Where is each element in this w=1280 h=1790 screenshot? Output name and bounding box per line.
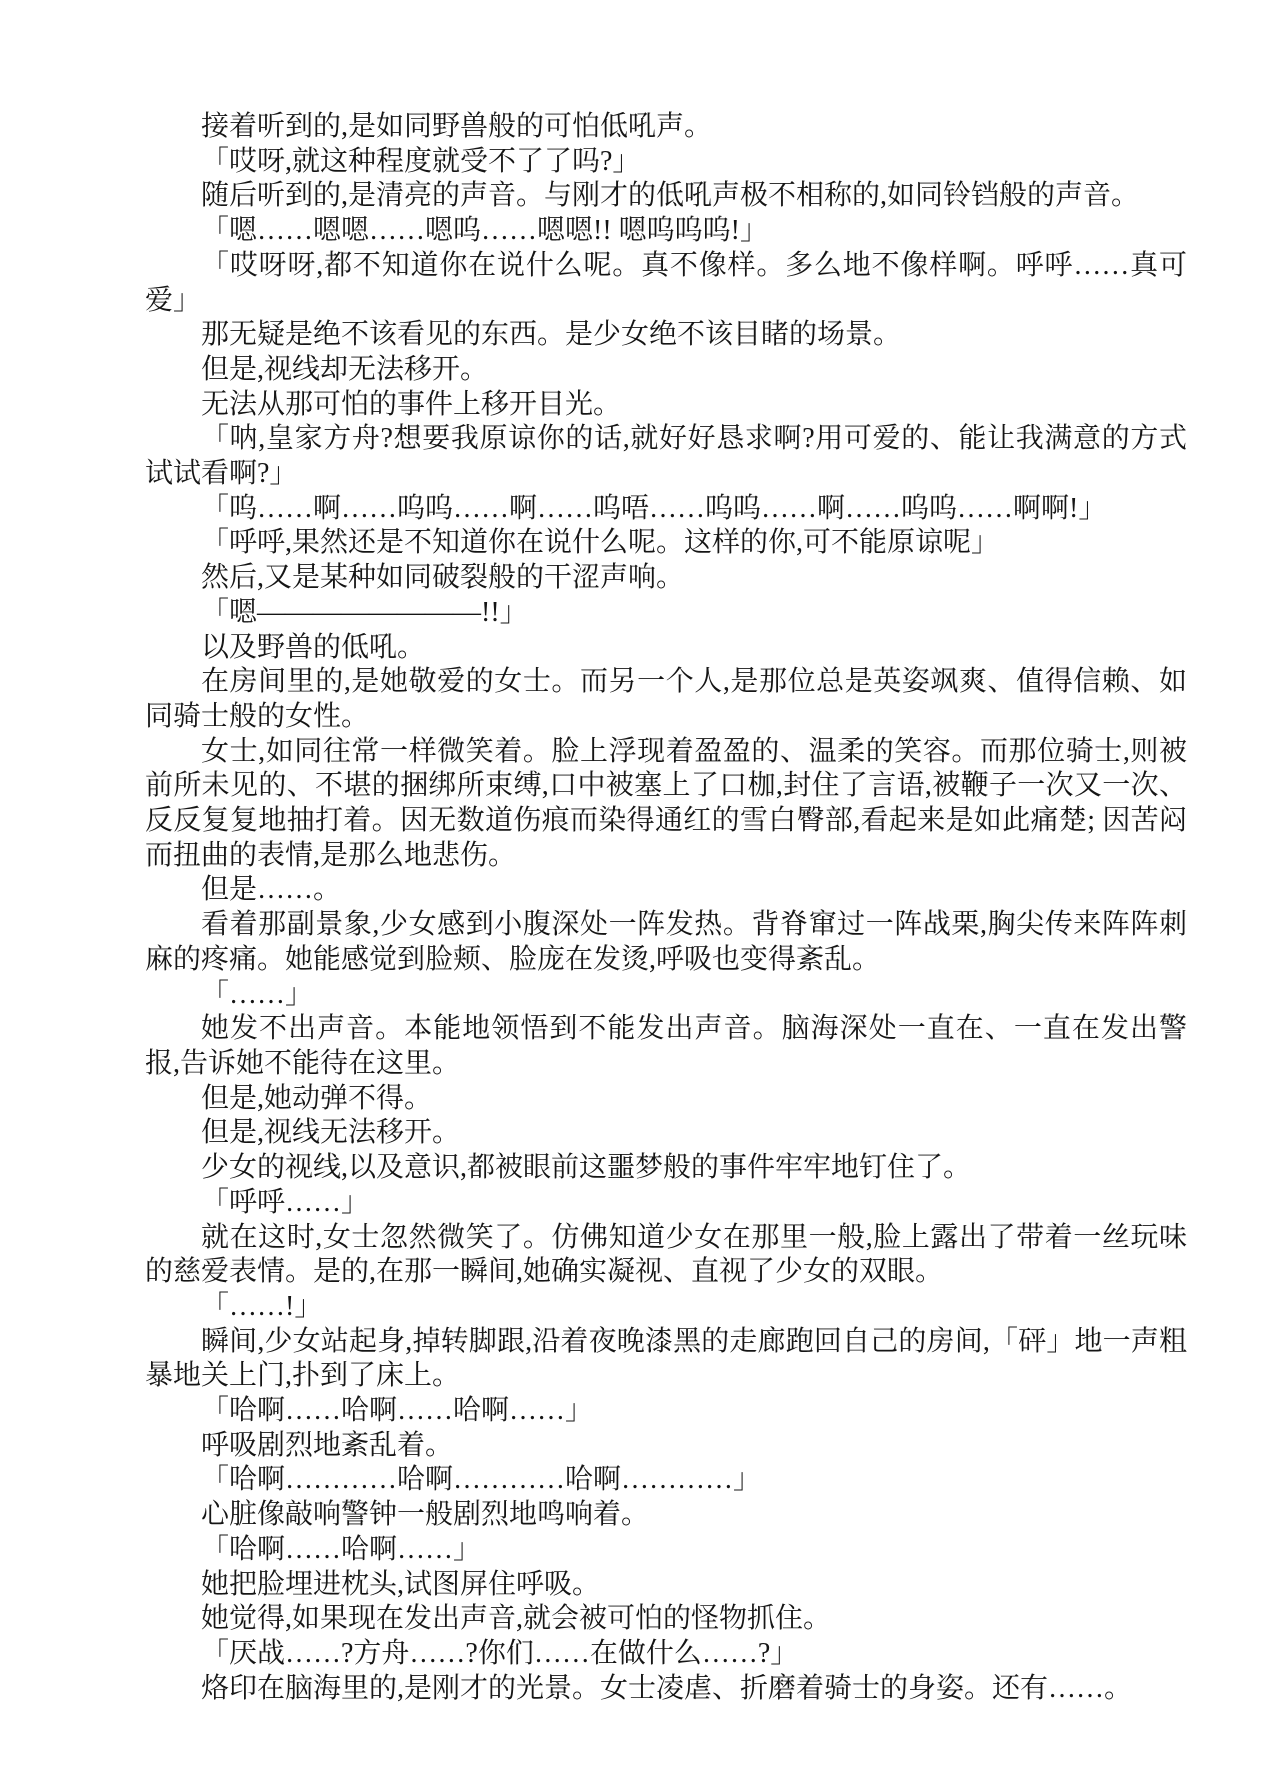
paragraph-dialogue: 「呼呼……」 [145, 1186, 1187, 1221]
paragraph-narrative: 呼吸剧烈地紊乱着。 [145, 1429, 1187, 1464]
paragraph-narrative: 但是……。 [145, 873, 1187, 908]
paragraph-narrative: 看着那副景象,少女感到小腹深处一阵发热。背脊窜过一阵战栗,胸尖传来阵阵刺麻的疼痛… [145, 908, 1187, 977]
paragraph-dialogue: 「……」 [145, 978, 1187, 1013]
novel-text-block: 接着听到的,是如同野兽般的可怕低吼声。 「哎呀,就这种程度就受不了了吗?」 随后… [145, 110, 1187, 1706]
paragraph-dialogue: 「哈啊…………哈啊…………哈啊…………」 [145, 1463, 1187, 1498]
paragraph-narrative: 少女的视线,以及意识,都被眼前这噩梦般的事件牢牢地钉住了。 [145, 1151, 1187, 1186]
paragraph-narrative: 烙印在脑海里的,是刚才的光景。女士凌虐、折磨着骑士的身姿。还有……。 [145, 1672, 1187, 1707]
paragraph-dialogue: 「嗯————————!!」 [145, 596, 1187, 631]
paragraph-dialogue: 「哎呀呀,都不知道你在说什么呢。真不像样。多么地不像样啊。呼呼……真可爱」 [145, 249, 1187, 318]
paragraph-dialogue: 「嗯……嗯嗯……嗯呜……嗯嗯!! 嗯呜呜呜!」 [145, 214, 1187, 249]
paragraph-dialogue: 「哈啊……哈啊……」 [145, 1533, 1187, 1568]
paragraph-dialogue: 「呐,皇家方舟?想要我原谅你的话,就好好恳求啊?用可爱的、能让我满意的方式试试看… [145, 422, 1187, 491]
paragraph-narrative: 她把脸埋进枕头,试图屏住呼吸。 [145, 1568, 1187, 1603]
paragraph-narrative: 但是,视线无法移开。 [145, 1116, 1187, 1151]
paragraph-narrative: 就在这时,女士忽然微笑了。仿佛知道少女在那里一般,脸上露出了带着一丝玩味的慈爱表… [145, 1221, 1187, 1290]
paragraph-narrative: 接着听到的,是如同野兽般的可怕低吼声。 [145, 110, 1187, 145]
paragraph-narrative: 无法从那可怕的事件上移开目光。 [145, 388, 1187, 423]
paragraph-narrative: 瞬间,少女站起身,掉转脚跟,沿着夜晚漆黑的走廊跑回自己的房间,「砰」地一声粗暴地… [145, 1325, 1187, 1394]
paragraph-narrative: 但是,她动弹不得。 [145, 1082, 1187, 1117]
paragraph-dialogue: 「哈啊……哈啊……哈啊……」 [145, 1394, 1187, 1429]
paragraph-narrative: 然后,又是某种如同破裂般的干涩声响。 [145, 561, 1187, 596]
document-page: 接着听到的,是如同野兽般的可怕低吼声。 「哎呀,就这种程度就受不了了吗?」 随后… [0, 0, 1280, 1790]
paragraph-dialogue: 「呼呼,果然还是不知道你在说什么呢。这样的你,可不能原谅呢」 [145, 526, 1187, 561]
paragraph-narrative: 她发不出声音。本能地领悟到不能发出声音。脑海深处一直在、一直在发出警报,告诉她不… [145, 1012, 1187, 1081]
paragraph-narrative: 在房间里的,是她敬爱的女士。而另一个人,是那位总是英姿飒爽、值得信赖、如同骑士般… [145, 665, 1187, 734]
paragraph-dialogue: 「哎呀,就这种程度就受不了了吗?」 [145, 145, 1187, 180]
paragraph-narrative: 女士,如同往常一样微笑着。脸上浮现着盈盈的、温柔的笑容。而那位骑士,则被前所未见… [145, 735, 1187, 874]
paragraph-narrative: 那无疑是绝不该看见的东西。是少女绝不该目睹的场景。 [145, 318, 1187, 353]
paragraph-dialogue: 「呜……啊……呜呜……啊……呜唔……呜呜……啊……呜呜……啊啊!」 [145, 492, 1187, 527]
paragraph-narrative: 但是,视线却无法移开。 [145, 353, 1187, 388]
paragraph-dialogue: 「厌战……?方舟……?你们……在做什么……?」 [145, 1637, 1187, 1672]
paragraph-narrative: 她觉得,如果现在发出声音,就会被可怕的怪物抓住。 [145, 1602, 1187, 1637]
paragraph-narrative: 随后听到的,是清亮的声音。与刚才的低吼声极不相称的,如同铃铛般的声音。 [145, 179, 1187, 214]
paragraph-dialogue: 「……!」 [145, 1290, 1187, 1325]
paragraph-narrative: 心脏像敲响警钟一般剧烈地鸣响着。 [145, 1498, 1187, 1533]
paragraph-narrative: 以及野兽的低吼。 [145, 631, 1187, 666]
